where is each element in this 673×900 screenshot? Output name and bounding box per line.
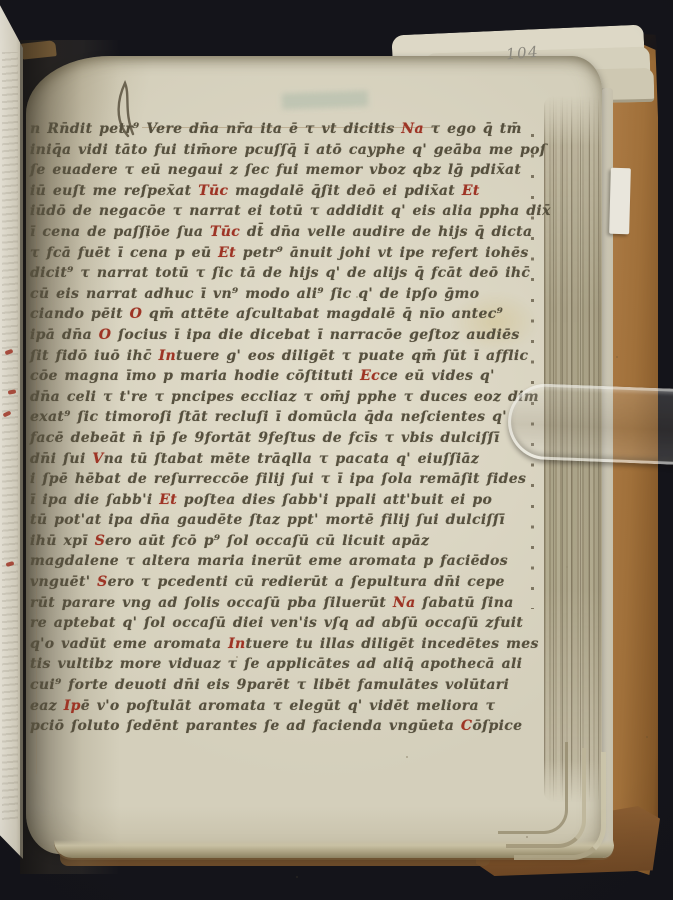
rubricated-initial: Ip [64, 698, 81, 714]
text-segment: cū eis narrat adhuc ī vn⁹ modo ali⁹ ſic … [30, 286, 479, 302]
text-segment: magdalē q̄ſit deō ei pdix̄at [228, 183, 461, 199]
manuscript-line: tū pot'at ipa dn̄a gaudēte ſtaz ppt' mor… [30, 512, 538, 533]
text-segment: iū euſt me reſpex̄at [30, 183, 198, 199]
text-segment: dn̄a celi τ t're τ pncipes eccliaz τ om̄… [30, 389, 539, 405]
manuscript-line: re aptebat q' ſol occaſū diei ven'is vſq… [30, 615, 538, 636]
text-segment: dt̄ dn̄a velle audire de hijs q̄ dicta [240, 224, 532, 240]
facing-page-text-traces [2, 52, 18, 819]
text-segment: ce eū vides q' [380, 368, 495, 384]
text-segment: ōſpice [472, 718, 522, 734]
rubricated-initial: S [97, 574, 107, 590]
text-segment: cōe magna īmo p maria hodie cōſtituti [30, 368, 360, 384]
rubricated-initial: C [461, 718, 473, 734]
folio-number: 104 [505, 43, 540, 64]
text-segment: ī ipa die ſabb'i [30, 492, 159, 508]
rubricated-initial: Tūc [210, 224, 240, 240]
rubricated-initial: Et [218, 245, 236, 261]
text-segment: n Rn̄dit petr⁹ Vere dn̄a nr̄a ita ē τ vt… [30, 121, 401, 137]
text-segment: ſit fidō iuō ihc̄ [30, 348, 159, 364]
manuscript-line: tis vultibz more viduaz τ ſe applicātes … [30, 656, 538, 677]
manuscript-line: facē debeāt n̄ ip̄ ſe 9fortāt 9feſtus de… [30, 430, 538, 451]
text-segment: poſtea dies ſabb'i ppali att'buit ei po [177, 492, 492, 508]
manuscript-line: magdalene τ altera maria inerūt eme arom… [30, 553, 538, 574]
text-segment: ſocius ī ipa die dicebat ī narracōe geſt… [111, 327, 519, 343]
text-segment: tis vultibz more viduaz τ ſe applicātes … [30, 656, 522, 672]
rubricated-initial: V [92, 451, 103, 467]
rubricated-initial: O [99, 327, 112, 343]
manuscript-line: iniq̄a vidi tāto fui tim̄ore pcuſſq̄ ī a… [30, 142, 538, 163]
text-segment: ſabatū ſina [416, 595, 514, 611]
text-segment: iūdō de negacōe τ narrat ei totū τ addid… [30, 203, 551, 219]
text-segment: ero τ pcedenti cū redierūt a ſepultura d… [108, 574, 505, 590]
manuscript-line: pciō ſoluto ſedēnt parantes ſe ad facien… [30, 718, 538, 739]
text-segment: dn̄i ſui [30, 451, 92, 467]
manuscript-line: cui⁹ forte deuoti dn̄i eis 9parēt τ libē… [30, 677, 538, 698]
manuscript-line: n Rn̄dit petr⁹ Vere dn̄a nr̄a ita ē τ vt… [30, 121, 538, 142]
page-corner-step [498, 742, 568, 834]
rubricated-initial: In [159, 348, 176, 364]
text-segment: iniq̄a vidi tāto fui tim̄ore pcuſſq̄ ī a… [30, 142, 546, 158]
manuscript-line: vnguēt' Sero τ pcedenti cū redierūt a ſe… [30, 574, 538, 595]
text-segment: pciō ſoluto ſedēnt parantes ſe ad facien… [30, 718, 461, 734]
text-segment: dicit⁹ τ narrat totū τ ſic tā de hijs q'… [30, 265, 530, 281]
text-segment: facē debeāt n̄ ip̄ ſe 9fortāt 9feſtus de… [30, 430, 500, 446]
text-segment: magdalene τ altera maria inerūt eme arom… [30, 553, 508, 569]
manuscript-line: rūt parare vng ad ſolis occaſū pba ſilue… [30, 595, 538, 616]
rubricated-initial: O [130, 306, 143, 322]
parchment-smudge [282, 91, 369, 110]
manuscript-line: dn̄i ſui Vna tū ſtabat mēte trāqlla τ pa… [30, 451, 538, 472]
manuscript-line: ī ipa die ſabb'i Et poſtea dies ſabb'i p… [30, 492, 538, 513]
manuscript-line: iūdō de negacōe τ narrat ei totū τ addid… [30, 203, 538, 224]
text-segment: ipā dn̄a [30, 327, 99, 343]
manuscript-line: dicit⁹ τ narrat totū τ ſic tā de hijs q'… [30, 265, 538, 286]
text-segment: ero aūt fcō p⁹ ſol occaſū cū licuit apāz [105, 533, 429, 549]
text-segment: q'o vadūt eme aromata [30, 636, 228, 652]
text-segment: ē v'o poſtulāt aromata τ elegūt q' vidēt… [81, 698, 496, 714]
manuscript-line: eaz Ipē v'o poſtulāt aromata τ elegūt q'… [30, 698, 538, 719]
rubricated-initial: Na [401, 121, 424, 137]
rubricated-initial: Et [462, 183, 480, 199]
photo-backdrop: n Rn̄dit petr⁹ Vere dn̄a nr̄a ita ē τ vt… [0, 0, 673, 900]
plastic-page-clip [507, 382, 673, 465]
manuscript-line: ihū xpī Sero aūt fcō p⁹ ſol occaſū cū li… [30, 533, 538, 554]
text-segment: tuere tu illas diligēt incedētes mes [246, 636, 539, 652]
text-segment: tuere g' eos diligēt τ puate qm̄ ſūt ī a… [176, 348, 528, 364]
text-segment: cui⁹ forte deuoti dn̄i eis 9parēt τ libē… [30, 677, 509, 693]
manuscript-line: q'o vadūt eme aromata Intuere tu illas d… [30, 636, 538, 657]
text-segment: exat⁹ ſic timoroſi ſtāt recluſi ī domūcl… [30, 409, 507, 425]
rubricated-initial: Et [159, 492, 177, 508]
text-segment: rūt parare vng ad ſolis occaſū pba ſilue… [30, 595, 393, 611]
text-segment: ihū xpī [30, 533, 95, 549]
rubricated-initial: Ec [360, 368, 380, 384]
manuscript-line: ipā dn̄a O ſocius ī ipa die dicebat ī na… [30, 327, 538, 348]
manuscript-line: iū euſt me reſpex̄at Tūc magdalē q̄ſit d… [30, 183, 538, 204]
text-segment: tū pot'at ipa dn̄a gaudēte ſtaz ppt' mor… [30, 512, 505, 528]
text-segment: petr⁹ ānuit johi vt ipe refert iohēs [236, 245, 529, 261]
text-segment: eaz [30, 698, 64, 714]
manuscript-line: τ fcā fuēt ī cena p eū Et petr⁹ ānuit jo… [30, 245, 538, 266]
text-segment: na tū ſtabat mēte trāqlla τ pacata q' ei… [104, 451, 480, 467]
rubricated-initial: Na [393, 595, 416, 611]
text-segment: ciando pēit [30, 306, 130, 322]
manuscript-line: dn̄a celi τ t're τ pncipes eccliaz τ om̄… [30, 389, 538, 410]
text-segment: re aptebat q' ſol occaſū diei ven'is vſq… [30, 615, 523, 631]
manuscript-line: i ſpē hēbat de reſurreccōe filij ſui τ ī… [30, 471, 538, 492]
text-segment: ī cena de paſſiōe ſua [30, 224, 210, 240]
paper-slip [609, 168, 631, 235]
manuscript-line: exat⁹ ſic timoroſi ſtāt recluſi ī domūcl… [30, 409, 538, 430]
text-segment: i ſpē hēbat de reſurreccōe filij ſui τ ī… [30, 471, 526, 487]
manuscript-line: ī cena de paſſiōe ſua Tūc dt̄ dn̄a velle… [30, 224, 538, 245]
text-segment: qm̄ attēte aſcultabat magdalē q̄ nīo ant… [142, 306, 503, 322]
text-segment: vnguēt' [30, 574, 97, 590]
manuscript-text: n Rn̄dit petr⁹ Vere dn̄a nr̄a ita ē τ vt… [30, 121, 538, 739]
text-segment: τ ego q̄ tm̄ [424, 121, 522, 137]
text-segment: ſe euadere τ eū negaui z ſec fui memor v… [30, 162, 521, 178]
manuscript-line: ciando pēit O qm̄ attēte aſcultabat magd… [30, 306, 538, 327]
manuscript-line: ſit fidō iuō ihc̄ Intuere g' eos diligēt… [30, 348, 538, 369]
text-segment: τ fcā fuēt ī cena p eū [30, 245, 218, 261]
rubricated-initial: Tūc [198, 183, 228, 199]
manuscript-line: cū eis narrat adhuc ī vn⁹ modo ali⁹ ſic … [30, 286, 538, 307]
rubricated-initial: In [228, 636, 245, 652]
manuscript-line: cōe magna īmo p maria hodie cōſtituti Ec… [30, 368, 538, 389]
manuscript-line: ſe euadere τ eū negaui z ſec fui memor v… [30, 162, 538, 183]
rubricated-initial: S [95, 533, 105, 549]
